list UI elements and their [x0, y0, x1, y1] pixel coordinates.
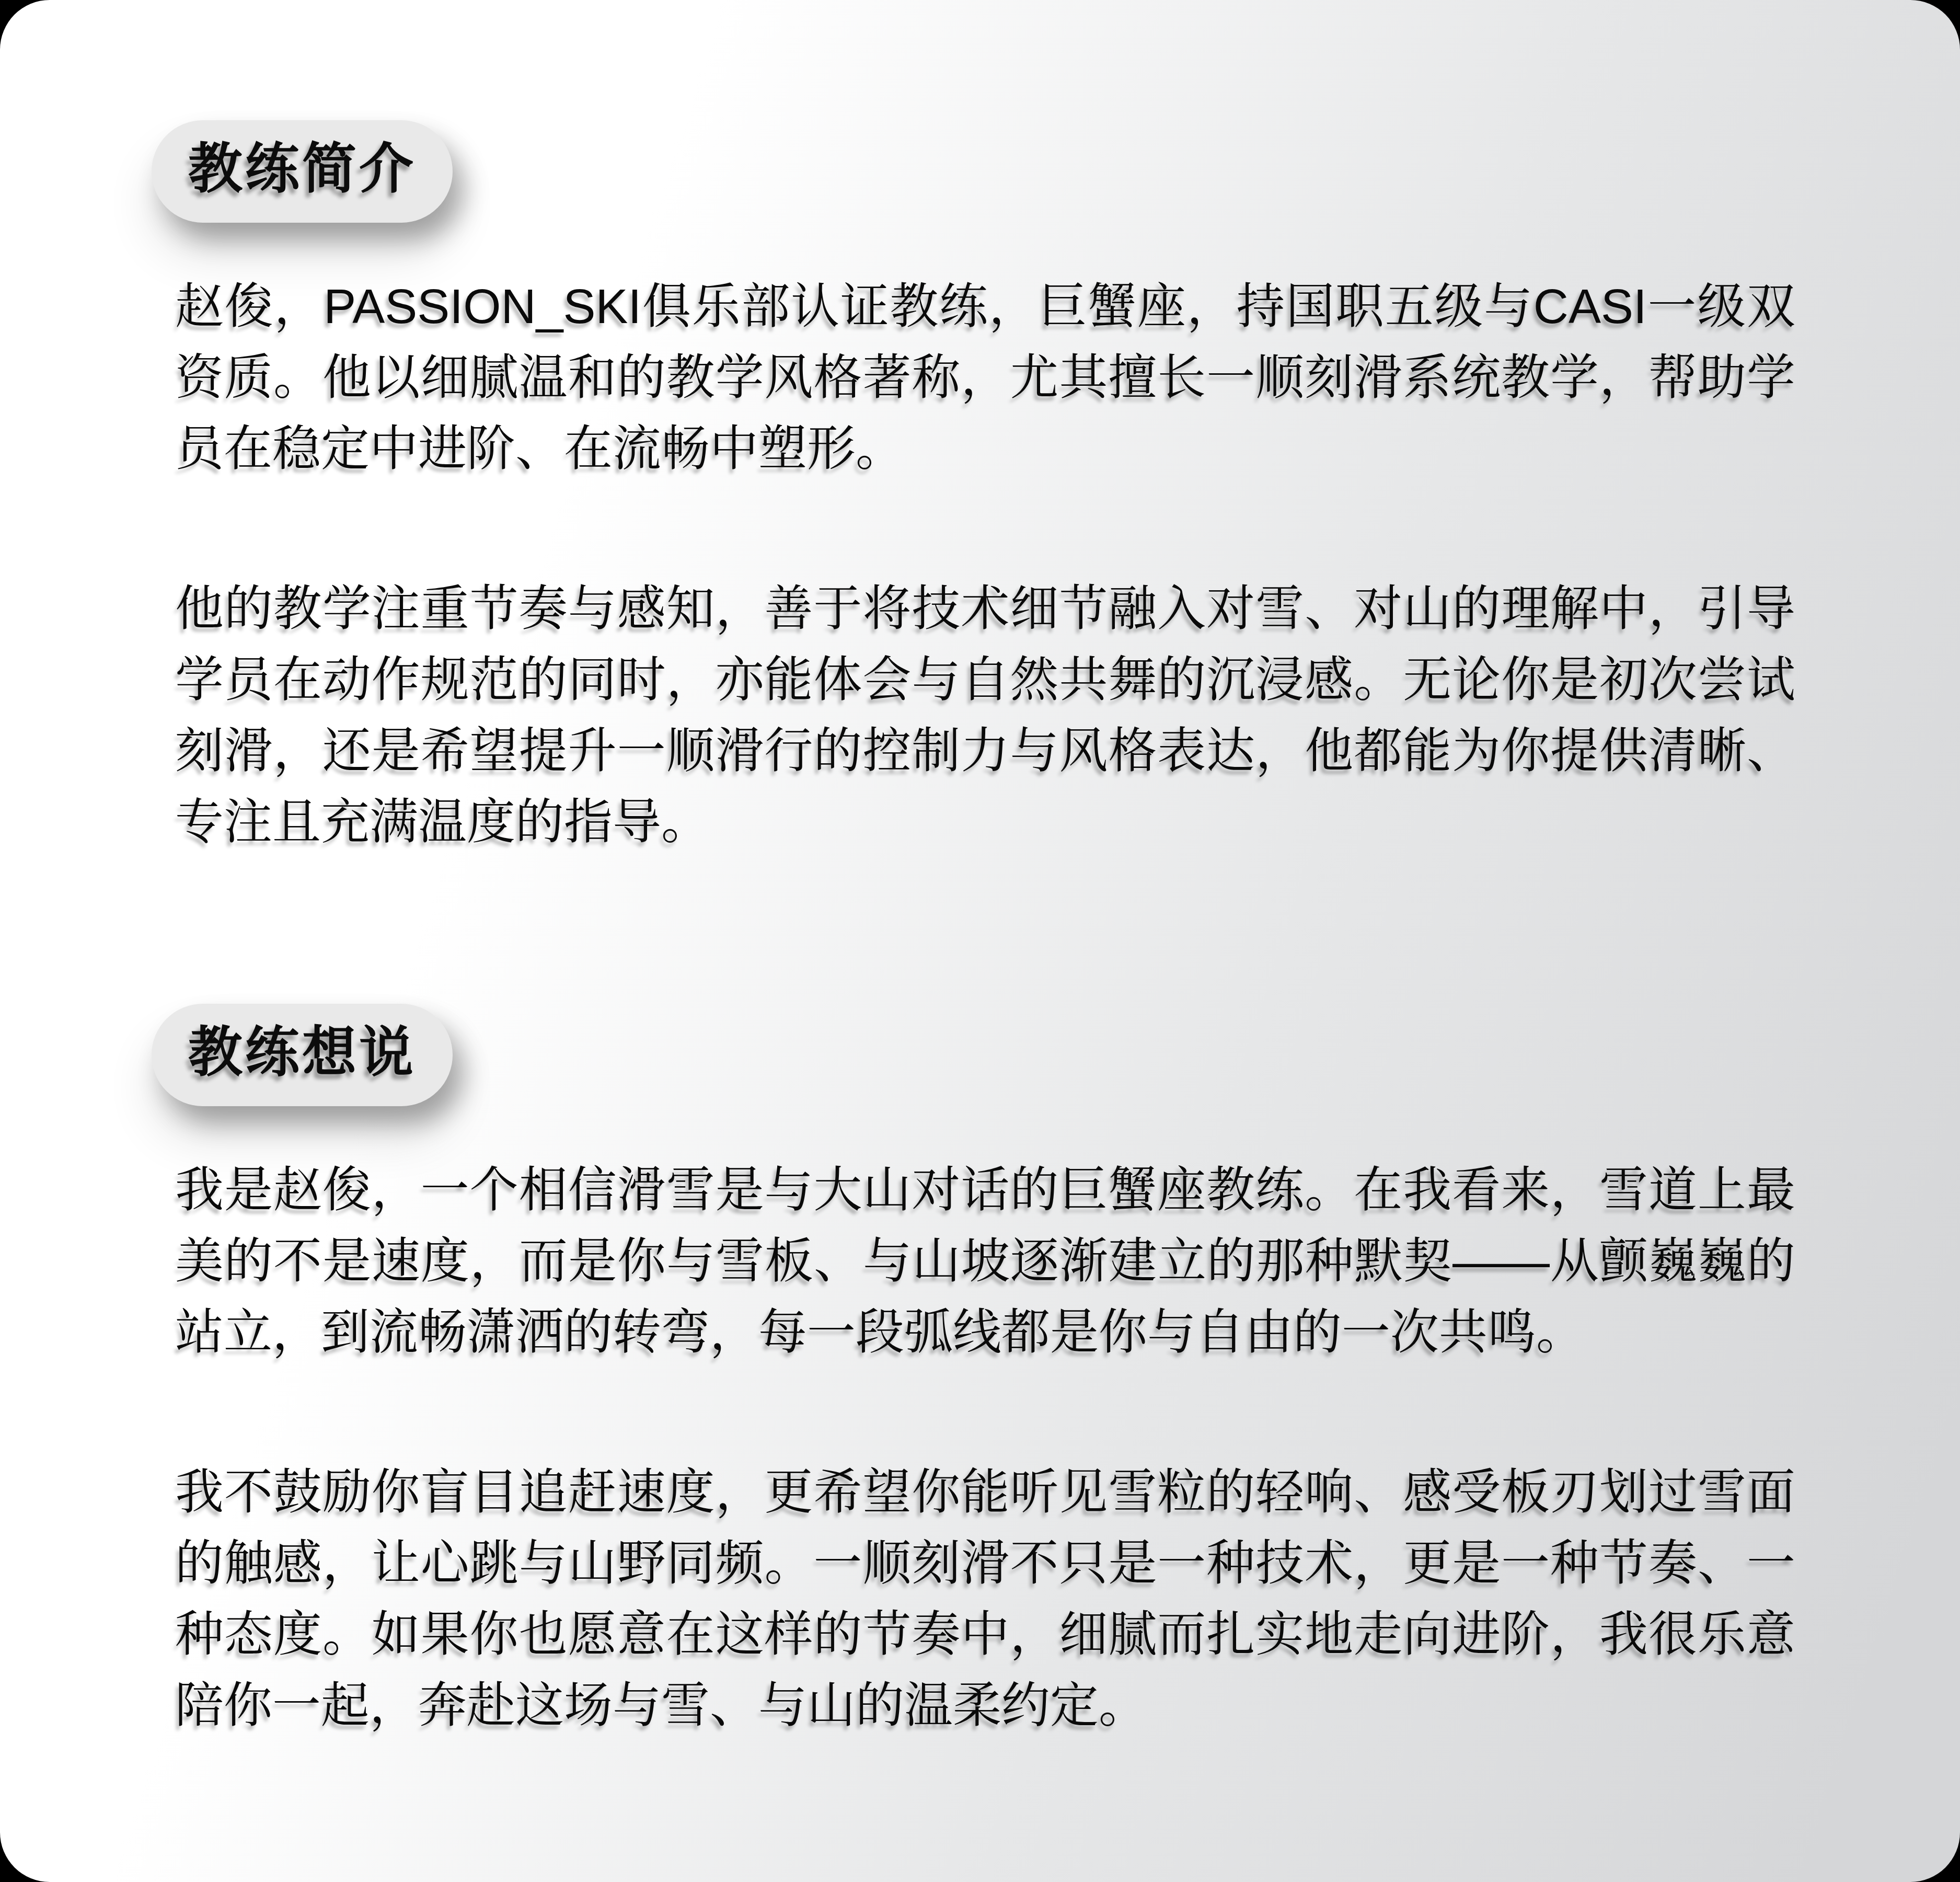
coach-intro-badge-label: 教练简介: [188, 142, 416, 197]
page-background: 教练简介 赵俊，PASSION_SKI俱乐部认证教练，巨蟹座，持国职五级与CAS…: [0, 0, 1960, 1882]
coach-intro-badge: 教练简介: [152, 120, 453, 223]
coach-message-badge-row: 教练想说: [152, 1004, 1795, 1106]
coach-message-badge-label: 教练想说: [188, 1026, 416, 1080]
coach-message-paragraph-2: 我不鼓励你盲目追赶速度，更希望你能听见雪粒的轻响、感受板刃划过雪面的触感，让心跳…: [175, 1456, 1795, 1741]
coach-message-badge: 教练想说: [152, 1004, 453, 1106]
coach-intro-paragraph-1: 赵俊，PASSION_SKI俱乐部认证教练，巨蟹座，持国职五级与CASI一级双资…: [175, 271, 1795, 484]
coach-intro-badge-row: 教练简介: [152, 120, 1795, 223]
section-coach-message: 教练想说 我是赵俊，一个相信滑雪是与大山对话的巨蟹座教练。在我看来，雪道上最美的…: [175, 1004, 1795, 1741]
coach-message-paragraph-1: 我是赵俊，一个相信滑雪是与大山对话的巨蟹座教练。在我看来，雪道上最美的不是速度，…: [175, 1154, 1795, 1368]
content-card: 教练简介 赵俊，PASSION_SKI俱乐部认证教练，巨蟹座，持国职五级与CAS…: [0, 0, 1960, 1882]
section-coach-intro: 教练简介 赵俊，PASSION_SKI俱乐部认证教练，巨蟹座，持国职五级与CAS…: [175, 120, 1795, 857]
coach-intro-paragraph-2: 他的教学注重节奏与感知，善于将技术细节融入对雪、对山的理解中，引导学员在动作规范…: [175, 573, 1795, 857]
